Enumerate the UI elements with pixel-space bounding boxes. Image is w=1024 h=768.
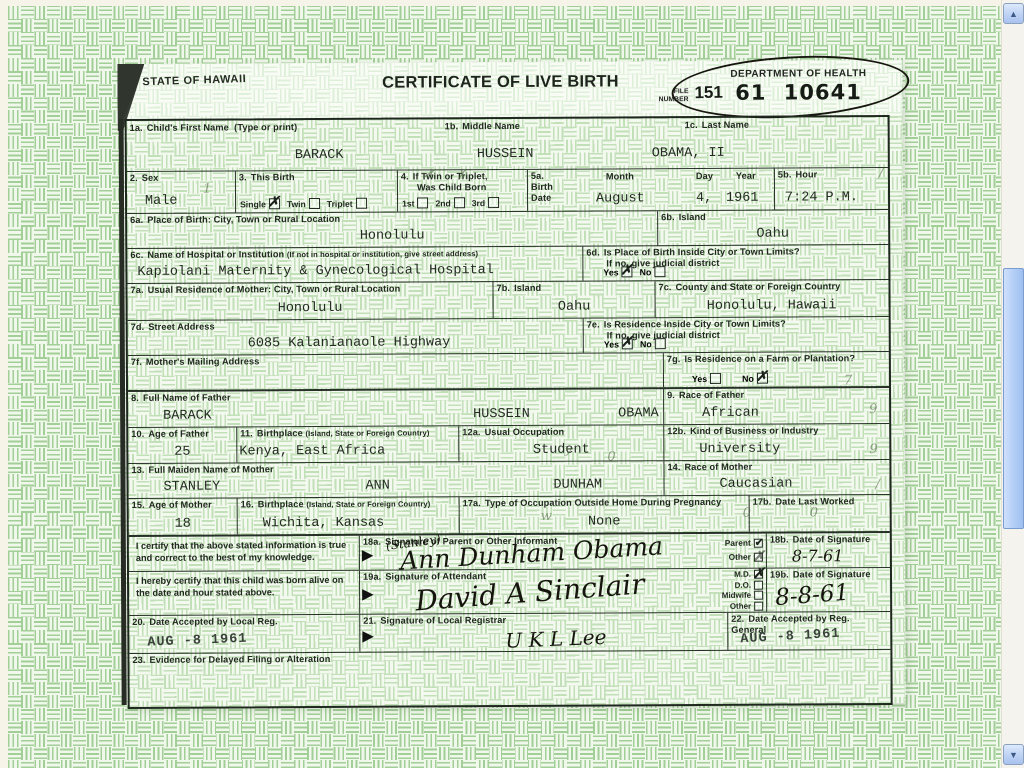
field-7a: 7a.Usual Residence of Mother: City, Town… [127,282,492,320]
signature-pointer-icon: ▶ [362,627,374,645]
field-14: 14.Race of Mother Caucasian [663,460,888,495]
certify-statement-2: I hereby certify that this child was bor… [129,571,359,615]
checkbox-6d-no [654,266,665,277]
mother-first: STANLEY [163,480,220,495]
field-18a: 18a.Signature of Parent or Other Informa… [359,534,766,570]
field-1a-1b-1c: 1a.Child's First Name (Type or print) 1b… [127,117,887,171]
checkbox-midwife [754,591,763,600]
birth-city: Honolulu [127,227,657,245]
field-7b: 7b.Island Oahu [492,281,654,318]
page-edge-left [0,0,8,768]
checkbox-7e-no [655,338,666,349]
pencil-mark: / [879,166,883,181]
row-registrar: 20.Date Accepted by Local Reg. AUG -8 19… [129,612,890,654]
pencil-mark: w [541,509,552,524]
scroll-down-button[interactable]: ▼ [1003,744,1024,765]
pencil-mark: y [564,442,571,457]
pencil-mark: 9 [869,442,877,457]
child-last-name: OBAMA, II [652,146,725,161]
vertical-scrollbar[interactable]: ▲ ▼ [1001,0,1024,768]
pregnancy-occupation: None [460,514,749,531]
field-6a: 6a.Place of Birth: City, Town or Rural L… [127,211,657,248]
mother-race: Caucasian [719,477,792,492]
field-11: 11.Birthplace (Island, State or Foreign … [236,426,458,462]
field-7e: 7e.Is Residence Inside City or Town Limi… [583,317,888,353]
row-child-name: 1a.Child's First Name (Type or print) 1b… [127,117,888,172]
pencil-mark: / [875,477,879,492]
row-mother-residence: 7a.Usual Residence of Mother: City, Town… [127,280,888,321]
pencil-mark: 0 [810,505,818,520]
child-middle-name: HUSSEIN [477,147,534,162]
birth-certificate: STATE OF HAWAII CERTIFICATE OF LIVE BIRT… [110,60,905,707]
form-table: 1a.Child's First Name (Type or print) 1b… [125,115,893,709]
row-father-details: 10.Age of Father 25 11.Birthplace (Islan… [128,424,889,464]
field-17a: 17a.Type of Occupation Outside Home Duri… [459,496,749,534]
field-13: 13.Full Maiden Name of Mother STANLEY AN… [128,461,663,498]
father-first: BARACK [163,409,212,424]
field-8: 8.Full Name of Father BARACK HUSSEIN OBA… [128,389,663,427]
checkbox-single: ✗ [269,198,280,209]
field-7g: 7g.Is Residence on a Farm or Plantation?… [663,352,888,387]
attendant-signature-date: 8-8-61 [774,580,850,611]
signature-pointer-icon: ▶ [362,546,374,564]
checkbox-attendant-other [754,601,763,610]
field-22: 22.Date Accepted by Reg. General AUG -8 … [727,612,889,650]
mother-birthplace: Wichita, Kansas [263,516,385,532]
hour-value: 7:24 P.M. [785,190,858,205]
field-6b: 6b.Island Oahu [657,210,887,245]
residence-city: Honolulu [128,300,493,317]
field-3-this-birth: 3.This Birth Single✗TwinTriplet [235,171,397,213]
certify-statement-1: I certify that the above stated informat… [129,536,359,571]
mother-age: 18 [129,516,237,532]
field-7f: 7f.Mother's Mailing Address [128,353,663,390]
row-delayed-filing: 23.Evidence for Delayed Filing or Altera… [129,650,890,707]
field-21: 21.Signature of Local Registrar ▶ U K L … [359,613,727,652]
field-5a-birth-date: 5a.BirthDate Month Day Year August 4, 19… [527,169,774,211]
certificate-title: CERTIFICATE OF LIVE BIRTH [368,72,632,92]
hospital-name: Kapiolani Maternity & Gynecological Hosp… [137,263,494,280]
field-17b: 17b.Date Last Worked [749,495,889,532]
field-6d: 6d.Is Place of Birth Inside City or Town… [582,245,887,281]
checkbox-7e-yes: ✗ [622,338,633,349]
birth-month: August [596,191,645,206]
field-6c: 6c.Name of Hospital or Institution (If n… [127,247,582,283]
sex-value: Male [145,194,177,209]
child-first-name: BARACK [295,148,344,163]
row-mother-name: 13.Full Maiden Name of Mother STANLEY AN… [128,460,889,499]
field-20: 20.Date Accepted by Local Reg. AUG -8 19… [129,615,359,653]
up-arrow-icon: ▲ [1009,9,1018,19]
field-5b-hour: 5b.Hour 7:24 P.M. [774,168,887,210]
pencil-mark: 0 [743,506,751,521]
mother-maiden: DUNHAM [553,478,602,493]
registrar-signature: U K L Lee [505,625,607,653]
field-12a: 12a.Usual Occupation Student [458,425,663,461]
residence-island: Oahu [494,299,655,315]
checkbox-6d-yes: ✗ [622,266,633,277]
row-mailing-address: 7f.Mother's Mailing Address 7g.Is Reside… [128,352,889,392]
scroll-up-button[interactable]: ▲ [1003,3,1024,24]
field-19a: 19a.Signature of Attendant ▶ David A Sin… [359,569,766,614]
father-age: 25 [128,444,236,460]
field-2-sex: 2.Sex Male [127,171,235,213]
mother-middle: ANN [365,479,389,494]
pencil-mark: ✗ [455,168,468,184]
father-last: OBAMA [618,406,659,421]
local-reg-date-stamp: AUG -8 1961 [147,632,248,651]
father-occupation: Student [459,442,663,458]
pencil-mark: 1 [203,182,211,197]
street-address: 6085 Kalanianaole Highway [248,335,451,351]
pencil-mark: 7 [844,373,852,388]
pencil-mark: 9 [869,402,877,417]
down-arrow-icon: ▼ [1009,750,1018,760]
checkbox-2nd [454,197,465,208]
checkbox-7g-no: ✗ [757,373,768,384]
scrollbar-thumb[interactable] [1003,268,1024,529]
field-9: 9.Race of Father African [663,388,888,424]
field-12b: 12b.Kind of Business or Industry Univers… [663,424,888,460]
row-attendant-signature: I hereby certify that this child was bor… [129,568,890,616]
row-parent-signature: I certify that the above stated informat… [129,533,890,572]
signature-pointer-icon: ▶ [362,585,374,603]
checkbox-parent: ✔ [754,539,763,548]
field-15: 15.Age of Mother 18 [129,498,237,535]
row-hospital: 6c.Name of Hospital or Institution (If n… [127,245,888,284]
row-father-name: 8.Full Name of Father BARACK HUSSEIN OBA… [128,388,889,428]
checkbox-md: ✗ [754,570,763,579]
checkbox-triplet [356,198,367,209]
field-7c: 7c.County and State or Foreign Country H… [654,280,887,317]
checkbox-7g-yes [710,373,721,384]
father-middle: HUSSEIN [473,407,530,422]
checkbox-twin [309,198,320,209]
row-mother-details: 15.Age of Mother 18 16.Birthplace (Islan… [129,495,890,537]
checkbox-do [754,580,763,589]
row-sex-birth: 2.Sex Male 3.This Birth Single✗TwinTripl… [127,168,888,214]
father-industry: University [699,442,780,457]
checkbox-1st [417,197,428,208]
checkbox-informant-other: ✗ [754,553,763,562]
field-18b: 18b.Date of Signature 8-7-61 [766,533,889,568]
father-race: African [702,406,759,421]
row-place-of-birth: 6a.Place of Birth: City, Town or Rural L… [127,210,888,249]
row-street-address: 7d.Street Address 6085 Kalanianaole High… [128,317,889,356]
father-birthplace: Kenya, East Africa [239,444,385,460]
field-7d: 7d.Street Address 6085 Kalanianaole High… [128,319,583,355]
checkbox-3rd [488,197,499,208]
field-19b: 19b.Date of Signature 8-8-61 [766,568,889,612]
field-16: 16.Birthplace (Island, State or Foreign … [237,497,459,534]
birth-day: 4, [696,191,712,206]
field-23: 23.Evidence for Delayed Filing or Altera… [129,650,889,707]
date-last-worked [750,528,889,529]
residence-county: Honolulu, Hawaii [656,298,888,314]
field-10: 10.Age of Father 25 [128,427,236,463]
parent-signature-date: 8-7-61 [792,546,844,565]
pencil-mark: 0 [607,449,615,464]
birth-year: 1961 [726,191,758,206]
birth-island: Oahu [658,226,887,242]
